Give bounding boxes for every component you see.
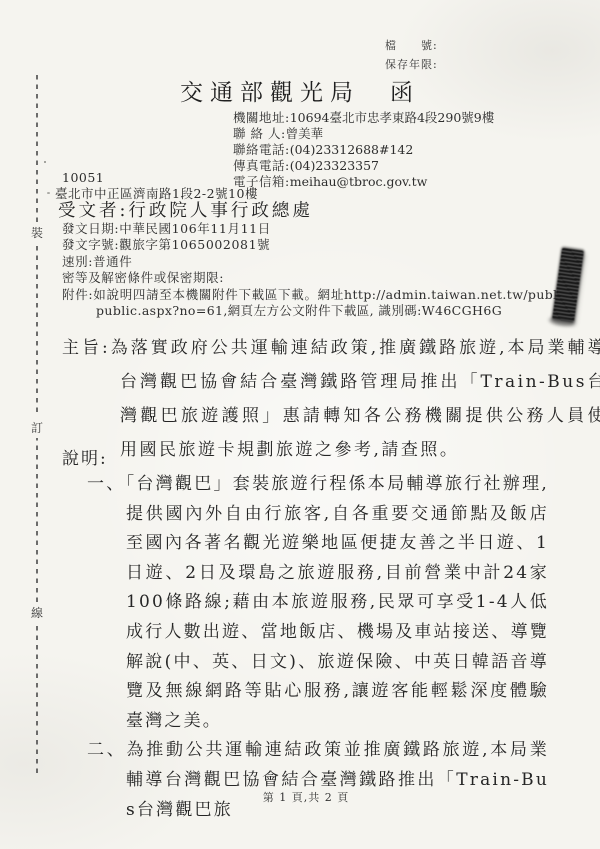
- binding-char-zhuang: 裝: [29, 222, 45, 243]
- classification-line: 密等及解密條件或保密期限:: [62, 270, 271, 286]
- recipient-line: 受文者:行政院人事行政總處: [58, 197, 313, 222]
- receipt-stamp: [552, 248, 584, 322]
- binding-char-ding: 訂: [29, 417, 45, 438]
- item-text: 「台灣觀巴」套裝旅遊行程係本局輔導旅行社辦理,提供國內外自由行旅客,自各重要交通…: [126, 474, 549, 731]
- scan-noise-dot: [47, 192, 50, 194]
- sender-fax-line: 傳真電話:(04)23323357: [233, 158, 494, 174]
- item-text: 為推動公共運輸連結政策並推廣鐵路旅遊,本局業輔導台灣觀巴協會結合臺灣鐵路推出「T…: [126, 740, 549, 819]
- explanation-item-2: 二、為推動公共運輸連結政策並推廣鐵路旅遊,本局業輔導台灣觀巴協會結合臺灣鐵路推出…: [87, 736, 549, 825]
- attachment-label: 附件:: [62, 287, 93, 302]
- retention-period-label: 保存年限:: [385, 55, 438, 74]
- explanation-label: 說明:: [62, 444, 108, 469]
- subject-paragraph: 主旨:為落實政府公共運輸連結政策,推廣鐵路旅遊,本局業輔導台灣觀巴協會結合臺灣鐵…: [62, 331, 600, 467]
- sender-info-block: 機關地址:10694臺北市忠孝東路4段290號9樓 聯 絡 人:曾美華 聯絡電話…: [233, 110, 494, 190]
- file-no-label: 檔 號:: [385, 36, 438, 55]
- page-footer: 第 1 頁,共 2 頁: [62, 789, 550, 805]
- item-number: 一、: [87, 474, 126, 494]
- priority-line: 速別:普通件: [62, 254, 271, 270]
- issue-date-line: 發文日期:中華民國106年11月11日: [62, 221, 271, 237]
- document-meta-block: 發文日期:中華民國106年11月11日 發文字號:觀旅字第1065002081號…: [62, 221, 271, 287]
- page-number-text: 第 1 頁,共 2 頁: [263, 791, 349, 804]
- recipient-label: 受文者:: [58, 201, 128, 221]
- attachment-text: 如說明四請至本機關附件下載區下載。網址http://admin.taiwan.n…: [93, 287, 574, 318]
- subject-label: 主旨:: [62, 338, 110, 358]
- subject-text: 為落實政府公共運輸連結政策,推廣鐵路旅遊,本局業輔導台灣觀巴協會結合臺灣鐵路管理…: [110, 338, 600, 460]
- scan-noise-dot: [147, 489, 149, 491]
- explanation-item-1: 一、「台灣觀巴」套裝旅遊行程係本局輔導旅行社辦理,提供國內外自由行旅客,自各重要…: [87, 470, 549, 736]
- document-page: 檔 號: 保存年限: 交通部觀光局 函 機關地址:10694臺北市忠孝東路4段2…: [0, 0, 600, 849]
- recipient-name: 行政院人事行政總處: [128, 201, 313, 221]
- sender-email-line: 電子信箱:meihau@tbroc.gov.tw: [233, 174, 494, 190]
- doc-number-line: 發文字號:觀旅字第1065002081號: [62, 237, 271, 253]
- sender-contact-line: 聯 絡 人:曾美華: [233, 126, 494, 142]
- file-number-block: 檔 號: 保存年限:: [385, 36, 438, 74]
- scan-noise-dot: [44, 161, 46, 163]
- sender-phone-line: 聯絡電話:(04)23312688#142: [233, 142, 494, 158]
- binding-char-xian: 線: [29, 602, 45, 623]
- attachment-line: 附件:如說明四請至本機關附件下載區下載。網址http://admin.taiwa…: [62, 287, 574, 319]
- explanation-items: 一、「台灣觀巴」套裝旅遊行程係本局輔導旅行社辦理,提供國內外自由行旅客,自各重要…: [87, 470, 549, 825]
- item-number: 二、: [87, 740, 127, 760]
- sender-address-line: 機關地址:10694臺北市忠孝東路4段290號9樓: [233, 110, 494, 126]
- recipient-zipcode: 10051: [62, 170, 104, 185]
- document-title: 交通部觀光局 函: [0, 74, 600, 107]
